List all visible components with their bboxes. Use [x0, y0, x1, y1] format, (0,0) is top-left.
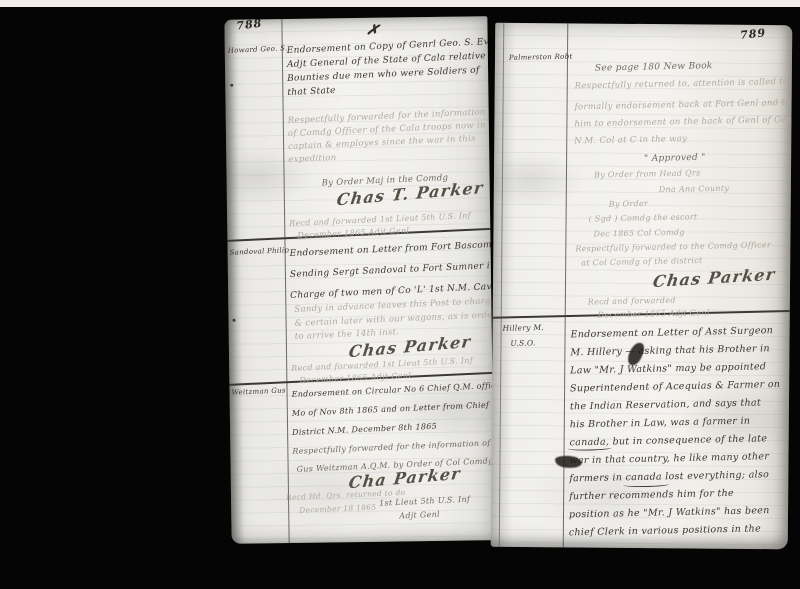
received-line: December 18 1865	[299, 502, 377, 514]
received-line: Recd and forwarded	[588, 296, 676, 307]
handwriting-line: District N.M. December 8th 1865	[292, 422, 437, 437]
received-line: Recd and forwarded 1st Lieut 5th U.S. In…	[289, 211, 471, 228]
handwriting-line: By Order from Head Qrs	[594, 168, 701, 179]
see-page-note: See page 180 New Book	[595, 61, 713, 73]
check-mark-icon: ✗	[365, 20, 380, 40]
handwriting-line: his Brother in Law, was a farmer in	[570, 416, 751, 431]
scanned-ledger-photo: 788 ✗ Howard Geo. S. Endorsement on Copy…	[0, 0, 800, 589]
handwriting-line: M. Hillery — asking that his Brother in	[570, 343, 770, 358]
entry-name: Weitzman Gus	[231, 386, 286, 396]
received-line: December 1865 Adjt Genl	[598, 308, 710, 319]
signature-rank-line: Adjt Genl	[399, 510, 440, 521]
handwriting-line: Respectfully returned to, attention is c…	[575, 76, 793, 91]
ink-speck	[230, 84, 233, 87]
name-column-rule-right	[563, 23, 569, 547]
handwriting-line: chief Clerk in various positions in the	[569, 523, 761, 538]
handwriting-line: expedition	[288, 153, 337, 165]
received-line: December 1865 Adjt Genl	[299, 371, 411, 385]
underline-canada	[623, 482, 669, 488]
handwriting-line: formally endorsement back at Fort Genl a…	[574, 97, 792, 112]
entry-name-line2: U.S.O.	[510, 338, 535, 348]
handwriting-line: Respectfully forwarded to the Comdg Offi…	[575, 240, 771, 253]
ledger-page-right: 789 Palmerston Robt See page 180 New Boo…	[491, 23, 793, 550]
entry-name: Howard Geo. S.	[228, 44, 288, 55]
received-line: Recd and forwarded 1st Lieut 5th U.S. In…	[291, 356, 473, 373]
handwriting-line: Endorsement on Letter of Asst Surgeon	[570, 325, 773, 340]
handwriting-line: Sending Sergt Sandoval to Fort Sumner in	[290, 261, 495, 280]
approved-line: " Approved "	[644, 153, 706, 164]
handwriting-line: By Order	[609, 199, 649, 209]
handwriting-line: him to endorsement on the back of Genl o…	[574, 115, 792, 130]
handwriting-line: Dna Ana County	[659, 184, 729, 194]
handwriting-line: ( Sgd ) Comdg the escort	[588, 212, 697, 223]
handwriting-line: Dec 1865 Col Comdg	[593, 228, 684, 239]
handwriting-line: N.M. Col at C in the way	[574, 134, 687, 146]
received-line: December 1865 Adjt Genl	[297, 226, 409, 240]
handwriting-line: that State	[287, 86, 336, 98]
handwriting-line: Law "Mr. J Watkins" may be appointed	[570, 361, 766, 376]
handwriting-line: Mo of Nov 8th 1865 and on Letter from Ch…	[292, 399, 495, 418]
handwriting-line: further recommends him for the	[569, 488, 734, 502]
handwriting-line: the Indian Reservation, and says that	[570, 397, 761, 412]
film-edge-bottom	[0, 0, 800, 5]
handwriting-line: Superintendent of Acequias & Farmer on	[570, 379, 780, 394]
handwriting-line: Respectfully forwarded for the informati…	[292, 437, 494, 456]
page-number-left: 788	[236, 17, 263, 33]
entry-name: Hillery M.	[503, 323, 545, 333]
ink-speck	[233, 319, 236, 322]
ledger-page-left: 788 ✗ Howard Geo. S. Endorsement on Copy…	[224, 16, 494, 544]
underline-canada	[568, 445, 612, 451]
handwriting-line: war in that country, he like many other	[569, 451, 769, 466]
handwriting-line: Endorsement on Letter from Fort Bascom t…	[289, 239, 494, 259]
entry-name: Palmerston Robt	[509, 53, 573, 62]
gutter-rule	[499, 23, 505, 547]
signature: Chas Parker	[652, 265, 777, 292]
handwriting-line: at Col Comdg of the district	[581, 256, 702, 268]
page-number-right: 789	[740, 26, 767, 41]
entry-name: Sandoval Philip	[229, 246, 289, 257]
handwriting-line: position as he "Mr. J Watkins" has been	[569, 505, 770, 520]
